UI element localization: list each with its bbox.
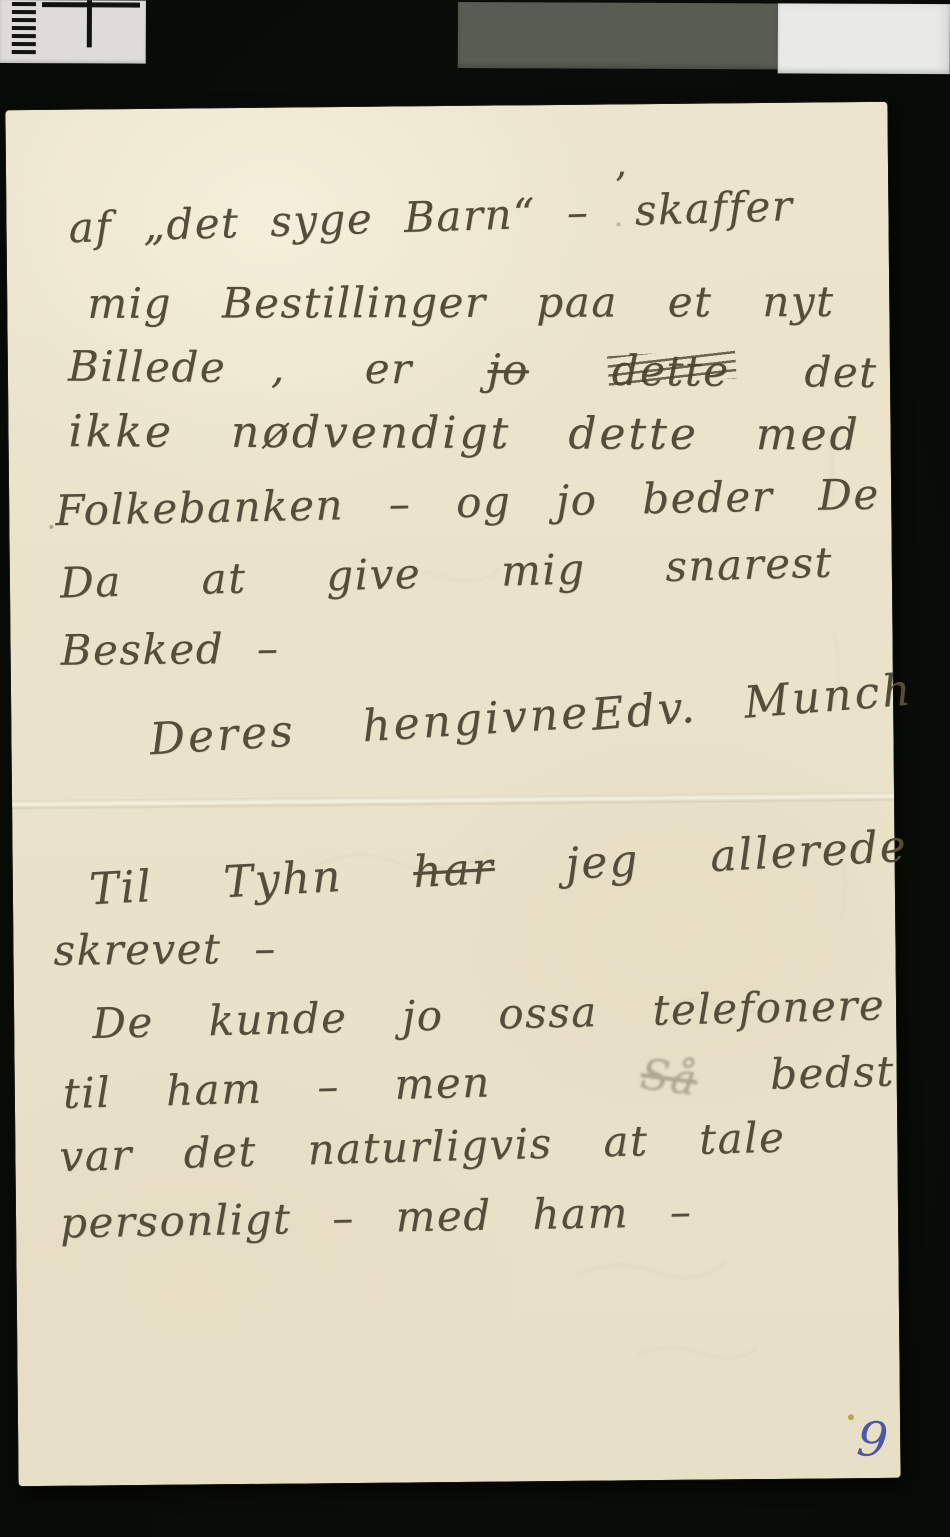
paper-speck [49,525,53,529]
calibration-ruler [0,0,146,64]
page-number: 9 [855,1411,891,1470]
handwriting-text: det [804,347,878,397]
handwriting-text: bedst [769,1047,895,1099]
handwriting-text: er [365,344,413,393]
erased-word: Så [638,1049,701,1105]
letter-page: af „det syge Barn“ –’skaffer mig Bestill… [5,102,900,1486]
ruler-tick [12,26,36,30]
overwritten-word: har [412,843,496,898]
calibration-strip [0,0,950,84]
struck-word: jo [487,345,529,394]
handwriting-line-10: skrevet – [53,924,277,975]
ruler-tick [12,34,36,38]
registration-cross-icon [87,0,92,47]
ruler-tick [12,42,36,46]
scan-background: af „det syge Barn“ –’skaffer mig Bestill… [0,0,950,1537]
ruler-tick [12,2,36,6]
handwriting-line-7: Besked – [60,624,279,675]
handwriting-text: skaffer [634,181,794,235]
handwriting-line-2: mig Bestillinger paa et nyt [87,277,834,328]
ruler-tick [12,50,36,54]
calibration-gray-patch [458,2,778,69]
handwriting-line-4: ikke nødvendigt dette med [68,406,860,460]
calibration-white-patch [778,3,950,74]
handwriting-line-3: Billede , er jo dette det [68,342,878,397]
paper-speck [848,1414,854,1420]
handwriting-quote-mark: ’ [614,164,629,208]
handwriting-text: Billede , [68,342,286,393]
scribbled-word: dette [612,346,730,396]
ruler-tick [12,18,36,22]
ruler-tick [12,10,36,14]
